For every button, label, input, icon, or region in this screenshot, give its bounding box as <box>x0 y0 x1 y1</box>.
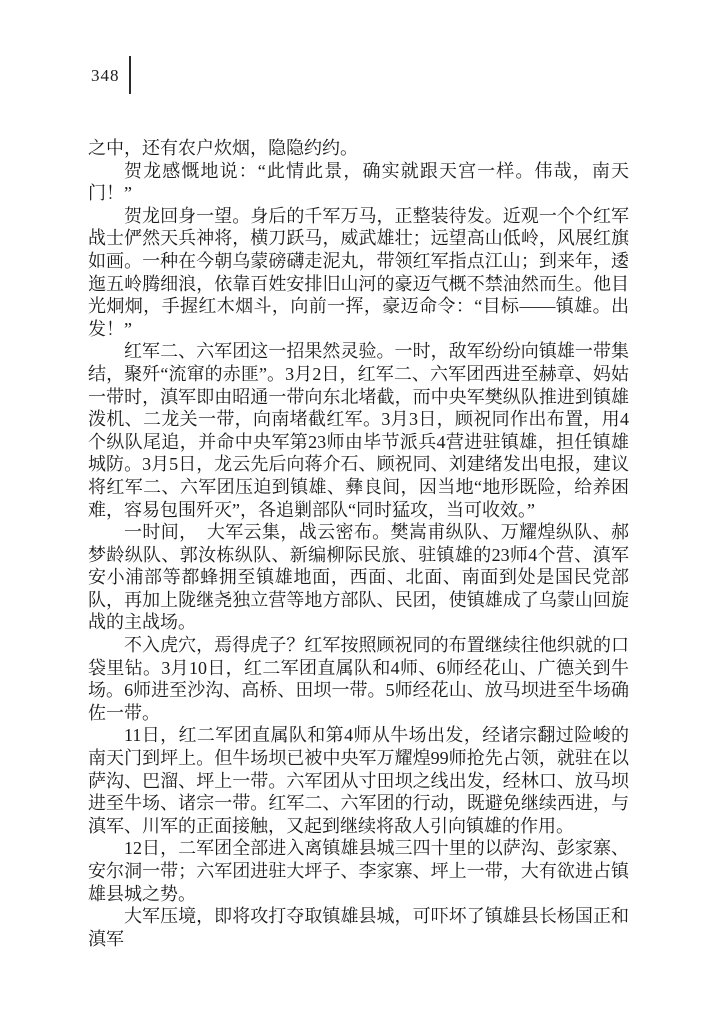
body-text: 之中，还有农户炊烟，隐隐约约。贺龙感慨地说：“此情此景，确实就跟天宫一样。伟哉，… <box>88 137 629 950</box>
paragraph: 不入虎穴，焉得虎子？红军按照顾祝同的布置继续往他织就的口袋里钻。3月10日，红二… <box>88 634 629 724</box>
page-header: 348 <box>91 56 131 94</box>
paragraph: 11日，红二军团直属队和第4师从牛场出发，经诸宗翻过险峻的南天门到坪上。但牛场坝… <box>88 724 629 837</box>
paragraph: 贺龙感慨地说：“此情此景，确实就跟天宫一样。伟哉，南天门！” <box>88 160 629 205</box>
book-page: 348 之中，还有农户炊烟，隐隐约约。贺龙感慨地说：“此情此景，确实就跟天宫一样… <box>0 0 715 1010</box>
page-number-divider <box>129 56 131 94</box>
page-number: 348 <box>91 67 129 84</box>
paragraph: 红军二、六军团这一招果然灵验。一时，敌军纷纷向镇雄一带集结，聚歼“流窜的赤匪”。… <box>88 340 629 521</box>
paragraph: 一时间， 大军云集，战云密布。樊嵩甫纵队、万耀煌纵队、郝梦龄纵队、郭汝栋纵队、新… <box>88 521 629 634</box>
paragraph: 大军压境，即将攻打夺取镇雄县城，可吓坏了镇雄县长杨国正和滇军 <box>88 905 629 950</box>
paragraph: 贺龙回身一望。身后的千军万马，正整装待发。近观一个个红军战士俨然天兵神将，横刀跃… <box>88 205 629 341</box>
paragraph: 12日，二军团全部进入离镇雄县城三四十里的以萨沟、彭家寨、安尔洞一带；六军团进驻… <box>88 837 629 905</box>
paragraph: 之中，还有农户炊烟，隐隐约约。 <box>88 137 629 160</box>
